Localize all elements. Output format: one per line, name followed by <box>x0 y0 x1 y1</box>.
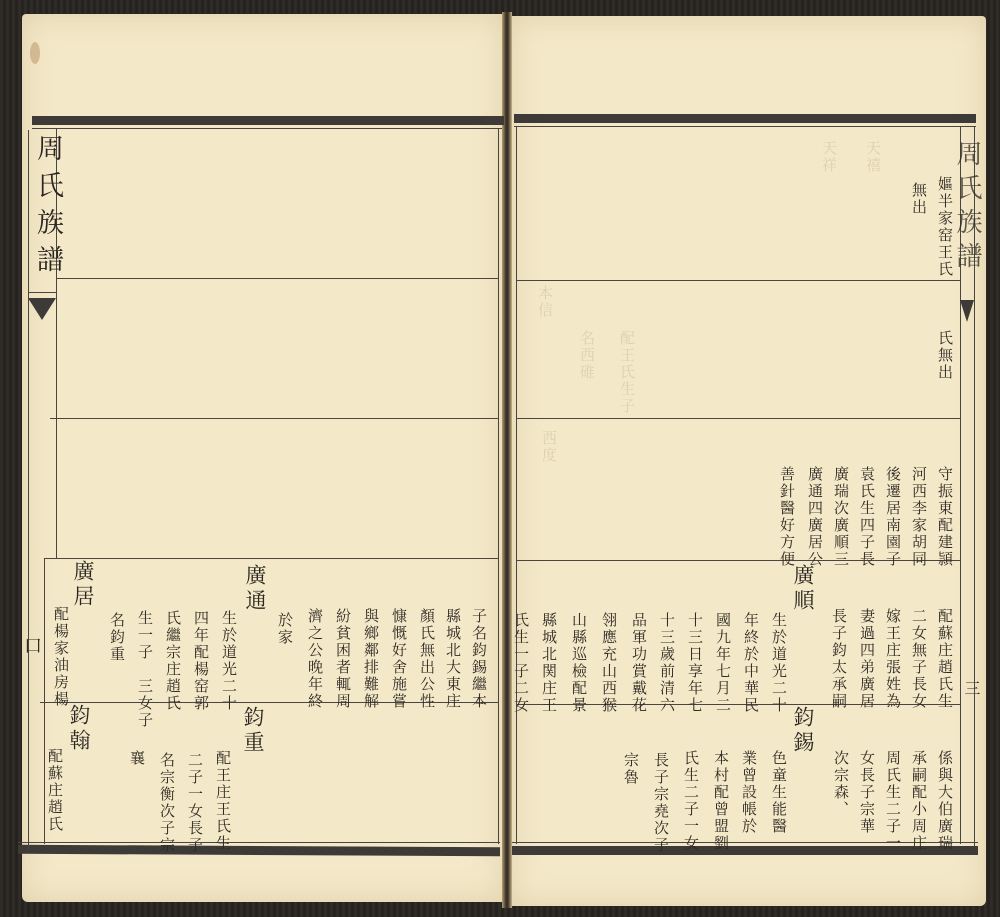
text-column: 十三日享年七 <box>686 612 704 714</box>
text-column: 縣城北大東庄 <box>444 608 462 710</box>
bleed-through-text: 本信 <box>536 285 554 319</box>
top-inner-border-left <box>32 128 502 129</box>
fishtail-mark-left <box>28 298 56 320</box>
text-column: 氏生二子一女 <box>682 750 700 852</box>
text-column: 宗魯 <box>622 752 640 786</box>
book-gutter <box>502 12 512 908</box>
person-name-junhan: 鈞翰 <box>70 704 88 754</box>
bottom-inner-border-left <box>18 842 500 843</box>
page-number-right: 三 <box>962 680 980 698</box>
text-column: 年終於中華民 <box>742 612 760 714</box>
text-column: 善針醫好方便 <box>778 466 796 568</box>
text-column: 周氏生二子一 <box>884 750 902 852</box>
text-column: 紛貧困者輒周 <box>334 608 352 710</box>
text-column: 名宗衡次子宗 <box>158 752 176 854</box>
text-column: 翎應充山西猴 <box>600 612 618 714</box>
text-column: 於家 <box>276 612 294 646</box>
person-name-junzhong: 鈞重 <box>244 706 262 756</box>
row-divider <box>516 418 960 419</box>
text-column: 廣通四廣居公 <box>806 466 824 568</box>
text-column: 慷慨好舍施嘗 <box>390 608 408 710</box>
text-column: 國九年七月二 <box>714 612 732 714</box>
person-name-guangshun: 廣順 <box>794 564 812 614</box>
text-column: 後遷居南園子 <box>884 466 902 568</box>
text-column: 四年配楊窑郭 <box>192 610 210 712</box>
text-column: 氏生一子二女 <box>512 612 530 714</box>
text-column: 河西李家胡同 <box>910 466 928 568</box>
bottom-inner-border-right <box>512 842 978 843</box>
text-column: 氏無出 <box>936 330 954 381</box>
text-column: 無出 <box>910 182 928 216</box>
text-column: 配王庄王氏生 <box>214 750 232 852</box>
top-inner-border-right <box>514 126 976 127</box>
text-column: 與鄉鄰排難解 <box>362 608 380 710</box>
bottom-border-right <box>512 846 978 855</box>
bleed-through-text: 天禧 <box>864 140 882 174</box>
text-column: 生於道光二十 <box>770 612 788 714</box>
book-title-strip-right: 周氏族譜 <box>958 140 976 276</box>
text-column: 本村配曾盟劉 <box>712 750 730 852</box>
top-border-left <box>32 116 504 125</box>
text-column: 生於道光二十 <box>220 610 238 712</box>
row-divider <box>516 280 960 281</box>
text-column: 守振東配建頴 <box>936 466 954 568</box>
book-title-strip: 周氏族譜 <box>28 134 67 282</box>
top-border-right <box>514 114 976 123</box>
person-name-junxi: 鈞錫 <box>794 706 812 756</box>
text-column: 二女無子長女 <box>910 608 928 710</box>
text-column: 長子宗堯次子 <box>652 752 670 854</box>
text-column: 濟之公晚年終 <box>306 608 324 710</box>
text-column: 縣城北関庄王 <box>540 612 558 714</box>
text-column: 二子一女長子 <box>186 752 204 854</box>
text-column: 次宗森、 <box>832 750 850 818</box>
text-column: 生一子 三女子 <box>136 610 154 729</box>
text-column: 名鈞重 <box>108 612 126 663</box>
text-column: 嫁王庄張姓為 <box>884 608 902 710</box>
text-column: 女長子宗華 <box>858 750 876 835</box>
bleed-through-text: 天祥 <box>820 140 838 174</box>
stain <box>30 42 40 64</box>
text-column: 色童生能醫 <box>770 750 788 835</box>
text-column: 氏繼宗庄趙氏 <box>164 610 182 712</box>
text-column: 嫗半家窑王氏 <box>936 176 954 278</box>
gutter-line-right <box>516 126 517 844</box>
text-column: 係與大伯廣瑞 <box>936 750 954 852</box>
text-column: 廣瑞次廣順三 <box>832 466 850 568</box>
fishtail-mark-right <box>960 300 974 322</box>
left-page <box>22 14 504 902</box>
text-column: 配楊家油房楊 <box>52 606 70 708</box>
text-column: 袁氏生四子長 <box>858 466 876 568</box>
bleed-through-text: 西度 <box>540 430 558 464</box>
text-column: 山縣巡檢配景 <box>570 612 588 714</box>
person-name-guangtong: 廣通 <box>246 564 264 614</box>
text-column: 業曾設帳於 <box>740 750 758 835</box>
gutter-line-left <box>498 128 499 844</box>
row-divider <box>50 418 498 419</box>
text-column: 配蘇庄趙氏 <box>46 748 64 833</box>
person-name-guangju: 廣居 <box>74 560 92 610</box>
text-column: 子名鈞錫繼本 <box>470 608 488 710</box>
text-column: 配蘇庄趙氏生 <box>936 608 954 710</box>
row-divider <box>56 278 498 279</box>
text-column: 十三歲前清六 <box>658 612 676 714</box>
page-number-left: 口 <box>22 636 40 656</box>
text-column: 品軍功賞戴花 <box>630 612 648 714</box>
text-column: 襄 <box>128 750 146 767</box>
text-column: 承嗣配小周庄 <box>910 750 928 852</box>
bleed-through-text: 名西碓 <box>578 330 596 381</box>
bleed-through-text: 配王氏生子 <box>618 330 636 415</box>
text-column: 顏氏無出公性 <box>418 608 436 710</box>
row-divider <box>44 558 498 559</box>
title-strip-divider <box>28 292 56 293</box>
text-column: 長子鈞太承嗣 <box>830 608 848 710</box>
margin-line-left-lower <box>44 558 45 844</box>
text-column: 妻過四弟廣居 <box>858 608 876 710</box>
